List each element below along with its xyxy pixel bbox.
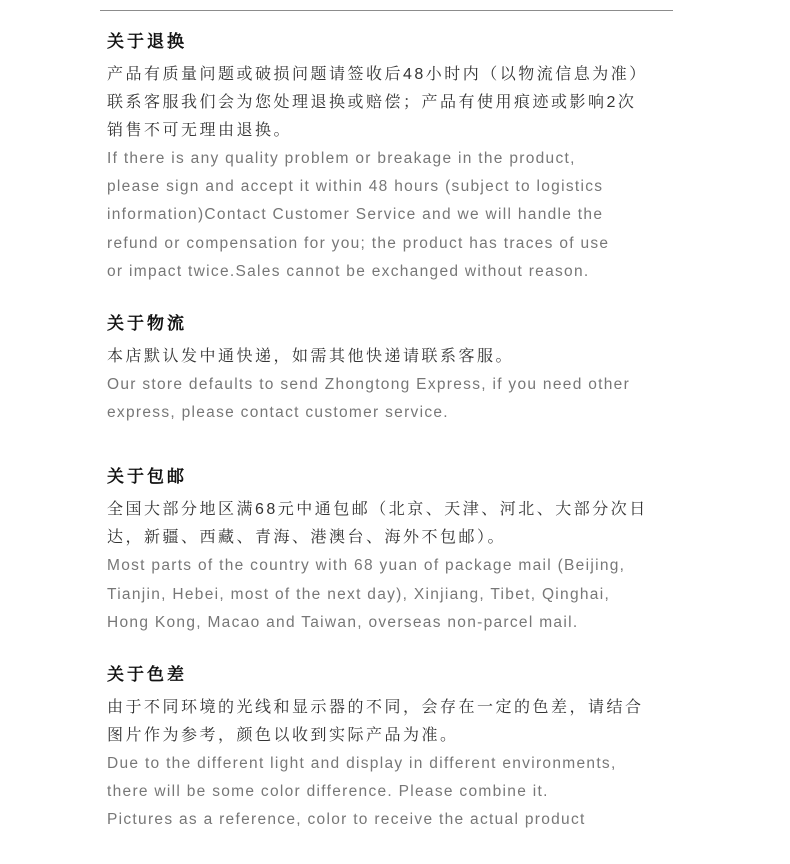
section-color-difference-text-cn: 由于不同环境的光线和显示器的不同，会存在一定的色差，请结合 图片作为参考，颜色以… — [107, 694, 685, 750]
section-color-difference-heading: 关于色差 — [107, 664, 685, 686]
section-logistics-text-cn: 本店默认发中通快递，如需其他快递请联系客服。 — [107, 343, 685, 371]
section-free-shipping: 关于包邮 全国大部分地区满68元中通包邮（北京、天津、河北、大部分次日 达，新疆… — [107, 466, 685, 637]
section-returns: 关于退换 产品有质量问题或破损问题请签收后48小时内（以物流信息为准） 联系客服… — [107, 31, 685, 286]
section-color-difference-text-en: Due to the different light and display i… — [107, 750, 685, 835]
section-free-shipping-heading: 关于包邮 — [107, 466, 685, 488]
product-policy-page: 关于退换 产品有质量问题或破损问题请签收后48小时内（以物流信息为准） 联系客服… — [0, 0, 790, 864]
section-returns-text-cn: 产品有质量问题或破损问题请签收后48小时内（以物流信息为准） 联系客服我们会为您… — [107, 61, 685, 145]
section-color-difference: 关于色差 由于不同环境的光线和显示器的不同，会存在一定的色差，请结合 图片作为参… — [107, 664, 685, 835]
section-logistics-heading: 关于物流 — [107, 313, 685, 335]
section-logistics: 关于物流 本店默认发中通快递，如需其他快递请联系客服。 Our store de… — [107, 313, 685, 427]
section-returns-heading: 关于退换 — [107, 31, 685, 53]
section-free-shipping-text-cn: 全国大部分地区满68元中通包邮（北京、天津、河北、大部分次日 达，新疆、西藏、青… — [107, 496, 685, 552]
section-returns-text-en: If there is any quality problem or break… — [107, 145, 685, 286]
policy-content: 关于退换 产品有质量问题或破损问题请签收后48小时内（以物流信息为准） 联系客服… — [107, 10, 685, 835]
section-logistics-text-en: Our store defaults to send Zhongtong Exp… — [107, 371, 685, 427]
section-free-shipping-text-en: Most parts of the country with 68 yuan o… — [107, 552, 685, 637]
